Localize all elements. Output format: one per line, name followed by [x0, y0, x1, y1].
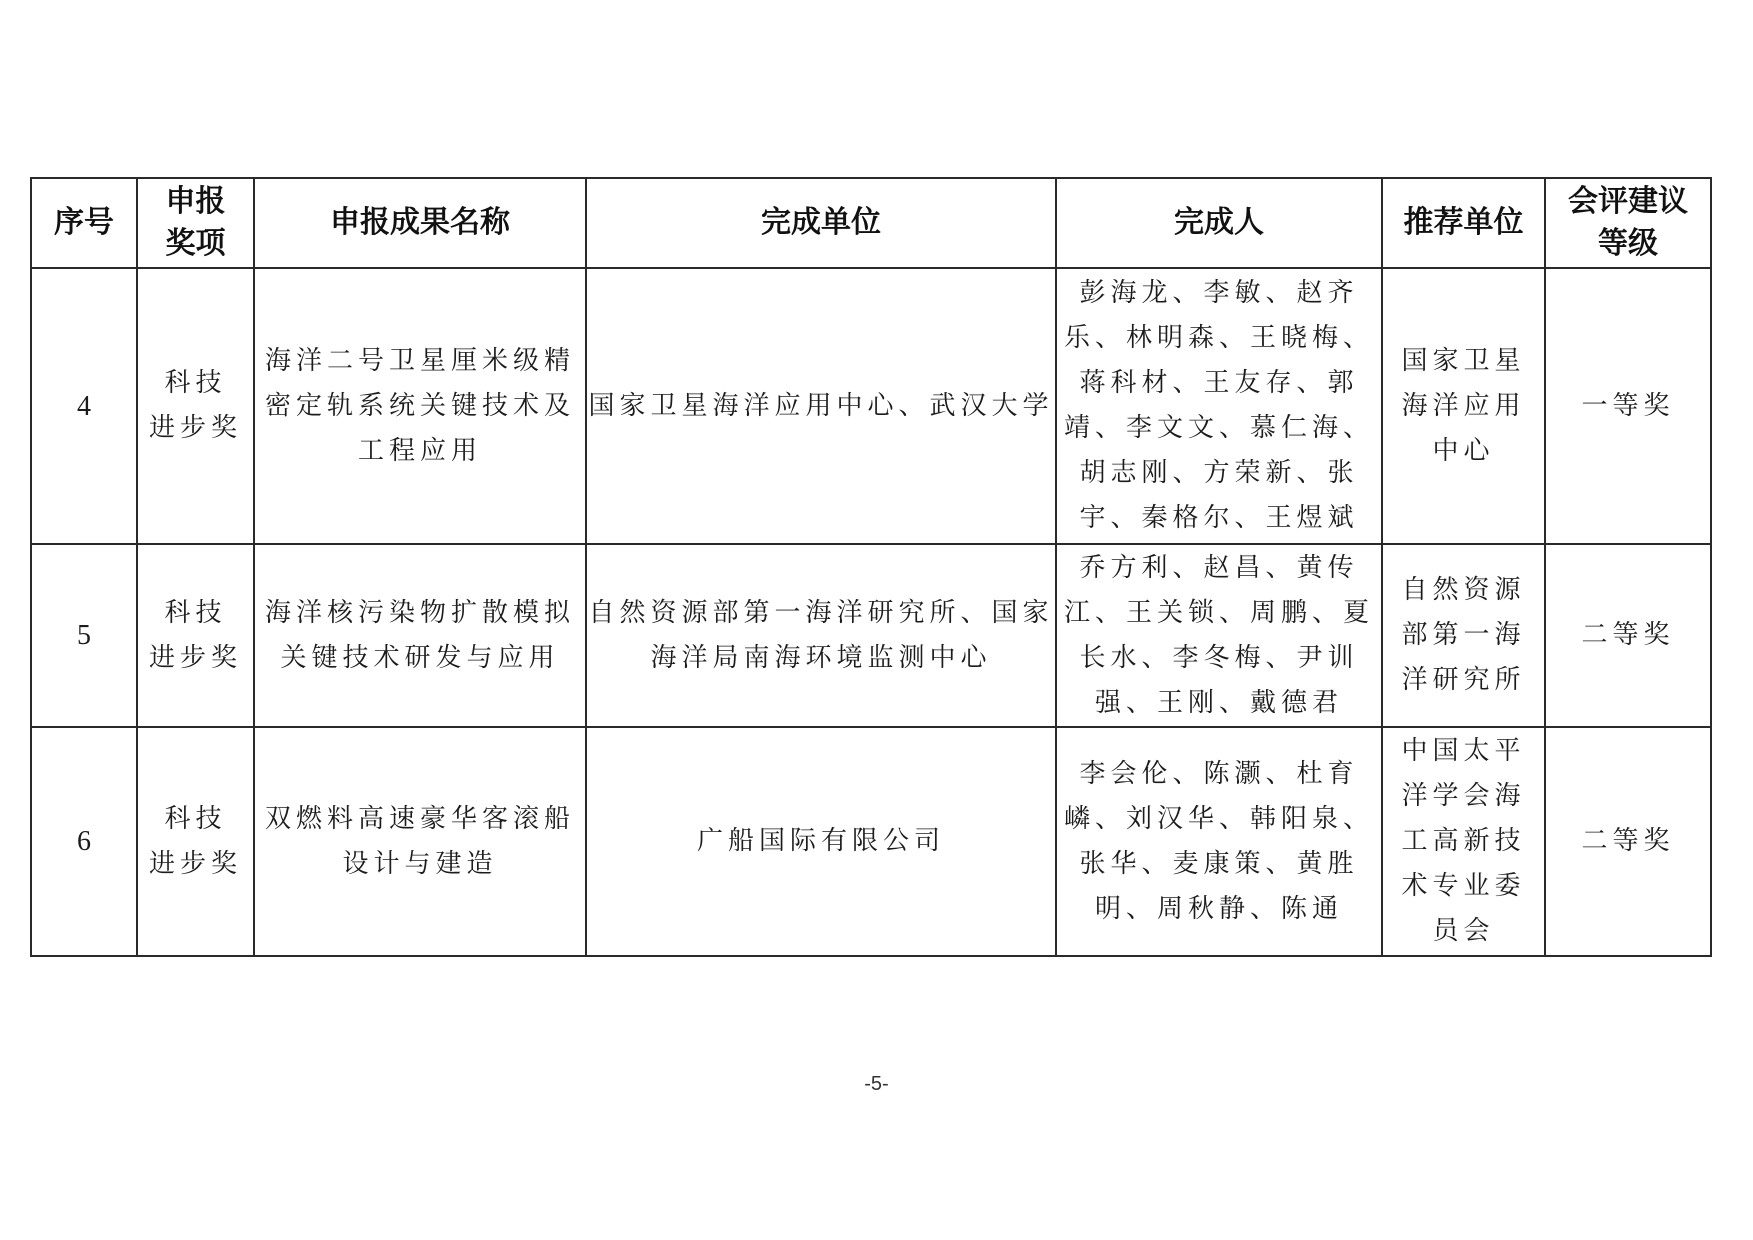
header-achievement-name-label: 申报成果名称: [330, 205, 510, 240]
award-table: 序号 申报 奖项 申报成果名称 完成单位 完成人 推荐单位 会评建议 等级 4: [30, 177, 1712, 957]
text-line: 密定轨系统关键技术及: [255, 384, 585, 429]
text-line: 自然资源: [1383, 568, 1544, 613]
text-line: 强、王刚、戴德君: [1057, 681, 1381, 726]
text-line: 洋学会海: [1383, 774, 1544, 819]
header-completing-persons-label: 完成人: [1174, 205, 1264, 240]
completing-persons-cell: 彭海龙、李敏、赵齐 乐、林明森、王晓梅、 蒋科材、王友存、郭 靖、李文文、慕仁海…: [1056, 268, 1382, 544]
award-type-line: 进步奖: [138, 406, 253, 451]
text-line: 双燃料高速豪华客滚船: [255, 797, 585, 842]
text-line: 自然资源部第一海洋研究所、国家: [587, 591, 1055, 636]
completing-units-cell: 自然资源部第一海洋研究所、国家 海洋局南海环境监测中心: [586, 544, 1056, 727]
award-type-line: 进步奖: [138, 842, 253, 887]
text-line: 部第一海: [1383, 613, 1544, 658]
completing-units-cell: 广船国际有限公司: [586, 727, 1056, 956]
text-line: 李会伦、陈灏、杜育: [1057, 752, 1381, 797]
header-suggested-level-line1: 会评建议: [1546, 181, 1710, 223]
header-row: 序号 申报 奖项 申报成果名称 完成单位 完成人 推荐单位 会评建议 等级: [31, 178, 1711, 268]
header-seq-label: 序号: [54, 205, 114, 240]
header-seq: 序号: [31, 178, 137, 268]
text-line: 中心: [1383, 429, 1544, 474]
text-line: 长水、李冬梅、尹训: [1057, 636, 1381, 681]
text-line: 员会: [1383, 909, 1544, 954]
award-type-cell: 科技 进步奖: [137, 268, 254, 544]
text-line: 明、周秋静、陈通: [1057, 887, 1381, 932]
text-line: 江、王关锁、周鹏、夏: [1057, 591, 1381, 636]
text-line: 广船国际有限公司: [587, 819, 1055, 864]
header-suggested-level-line2: 等级: [1546, 223, 1710, 265]
header-completing-units-label: 完成单位: [761, 205, 881, 240]
table-row: 6 科技 进步奖 双燃料高速豪华客滚船 设计与建造 广船国际有限公司 李会伦、陈…: [31, 727, 1711, 956]
document-page: 序号 申报 奖项 申报成果名称 完成单位 完成人 推荐单位 会评建议 等级 4: [0, 0, 1753, 1240]
completing-persons-cell: 乔方利、赵昌、黄传 江、王关锁、周鹏、夏 长水、李冬梅、尹训 强、王刚、戴德君: [1056, 544, 1382, 727]
page-number: -5-: [0, 1073, 1753, 1096]
award-type-line: 科技: [138, 361, 253, 406]
suggested-level-cell: 一等奖: [1545, 268, 1711, 544]
text-line: 国家卫星海洋应用中心、武汉大学: [587, 384, 1055, 429]
achievement-name-cell: 双燃料高速豪华客滚船 设计与建造: [254, 727, 586, 956]
suggested-level-cell: 二等奖: [1545, 544, 1711, 727]
award-type-line: 科技: [138, 591, 253, 636]
text-line: 工程应用: [255, 429, 585, 474]
text-line: 彭海龙、李敏、赵齐: [1057, 271, 1381, 316]
text-line: 靖、李文文、慕仁海、: [1057, 406, 1381, 451]
text-line: 海洋二号卫星厘米级精: [255, 339, 585, 384]
award-type-cell: 科技 进步奖: [137, 544, 254, 727]
text-line: 海洋局南海环境监测中心: [587, 636, 1055, 681]
text-line: 国家卫星: [1383, 339, 1544, 384]
award-type-line: 科技: [138, 797, 253, 842]
table-row: 4 科技 进步奖 海洋二号卫星厘米级精 密定轨系统关键技术及 工程应用 国家卫星…: [31, 268, 1711, 544]
text-line: 海洋核污染物扩散模拟: [255, 591, 585, 636]
recommender-cell: 中国太平 洋学会海 工高新技 术专业委 员会: [1382, 727, 1545, 956]
completing-units-cell: 国家卫星海洋应用中心、武汉大学: [586, 268, 1056, 544]
text-line: 乐、林明森、王晓梅、: [1057, 316, 1381, 361]
recommender-cell: 国家卫星 海洋应用 中心: [1382, 268, 1545, 544]
seq-cell: 6: [31, 727, 137, 956]
recommender-cell: 自然资源 部第一海 洋研究所: [1382, 544, 1545, 727]
text-line: 设计与建造: [255, 842, 585, 887]
header-award-type-line2: 奖项: [138, 223, 253, 265]
header-award-type-line1: 申报: [138, 181, 253, 223]
text-line: 海洋应用: [1383, 384, 1544, 429]
header-recommender: 推荐单位: [1382, 178, 1545, 268]
completing-persons-cell: 李会伦、陈灏、杜育 嶙、刘汉华、韩阳泉、 张华、麦康策、黄胜 明、周秋静、陈通: [1056, 727, 1382, 956]
suggested-level-cell: 二等奖: [1545, 727, 1711, 956]
text-line: 关键技术研发与应用: [255, 636, 585, 681]
text-line: 术专业委: [1383, 864, 1544, 909]
text-line: 嶙、刘汉华、韩阳泉、: [1057, 797, 1381, 842]
achievement-name-cell: 海洋二号卫星厘米级精 密定轨系统关键技术及 工程应用: [254, 268, 586, 544]
header-award-type: 申报 奖项: [137, 178, 254, 268]
text-line: 宇、秦格尔、王煜斌: [1057, 496, 1381, 541]
award-type-cell: 科技 进步奖: [137, 727, 254, 956]
header-completing-persons: 完成人: [1056, 178, 1382, 268]
header-achievement-name: 申报成果名称: [254, 178, 586, 268]
achievement-name-cell: 海洋核污染物扩散模拟 关键技术研发与应用: [254, 544, 586, 727]
header-recommender-label: 推荐单位: [1404, 205, 1524, 240]
text-line: 中国太平: [1383, 729, 1544, 774]
header-suggested-level: 会评建议 等级: [1545, 178, 1711, 268]
text-line: 乔方利、赵昌、黄传: [1057, 546, 1381, 591]
text-line: 工高新技: [1383, 819, 1544, 864]
text-line: 洋研究所: [1383, 658, 1544, 703]
table-row: 5 科技 进步奖 海洋核污染物扩散模拟 关键技术研发与应用 自然资源部第一海洋研…: [31, 544, 1711, 727]
seq-cell: 4: [31, 268, 137, 544]
header-completing-units: 完成单位: [586, 178, 1056, 268]
text-line: 胡志刚、方荣新、张: [1057, 451, 1381, 496]
seq-cell: 5: [31, 544, 137, 727]
text-line: 张华、麦康策、黄胜: [1057, 842, 1381, 887]
award-type-line: 进步奖: [138, 636, 253, 681]
text-line: 蒋科材、王友存、郭: [1057, 361, 1381, 406]
